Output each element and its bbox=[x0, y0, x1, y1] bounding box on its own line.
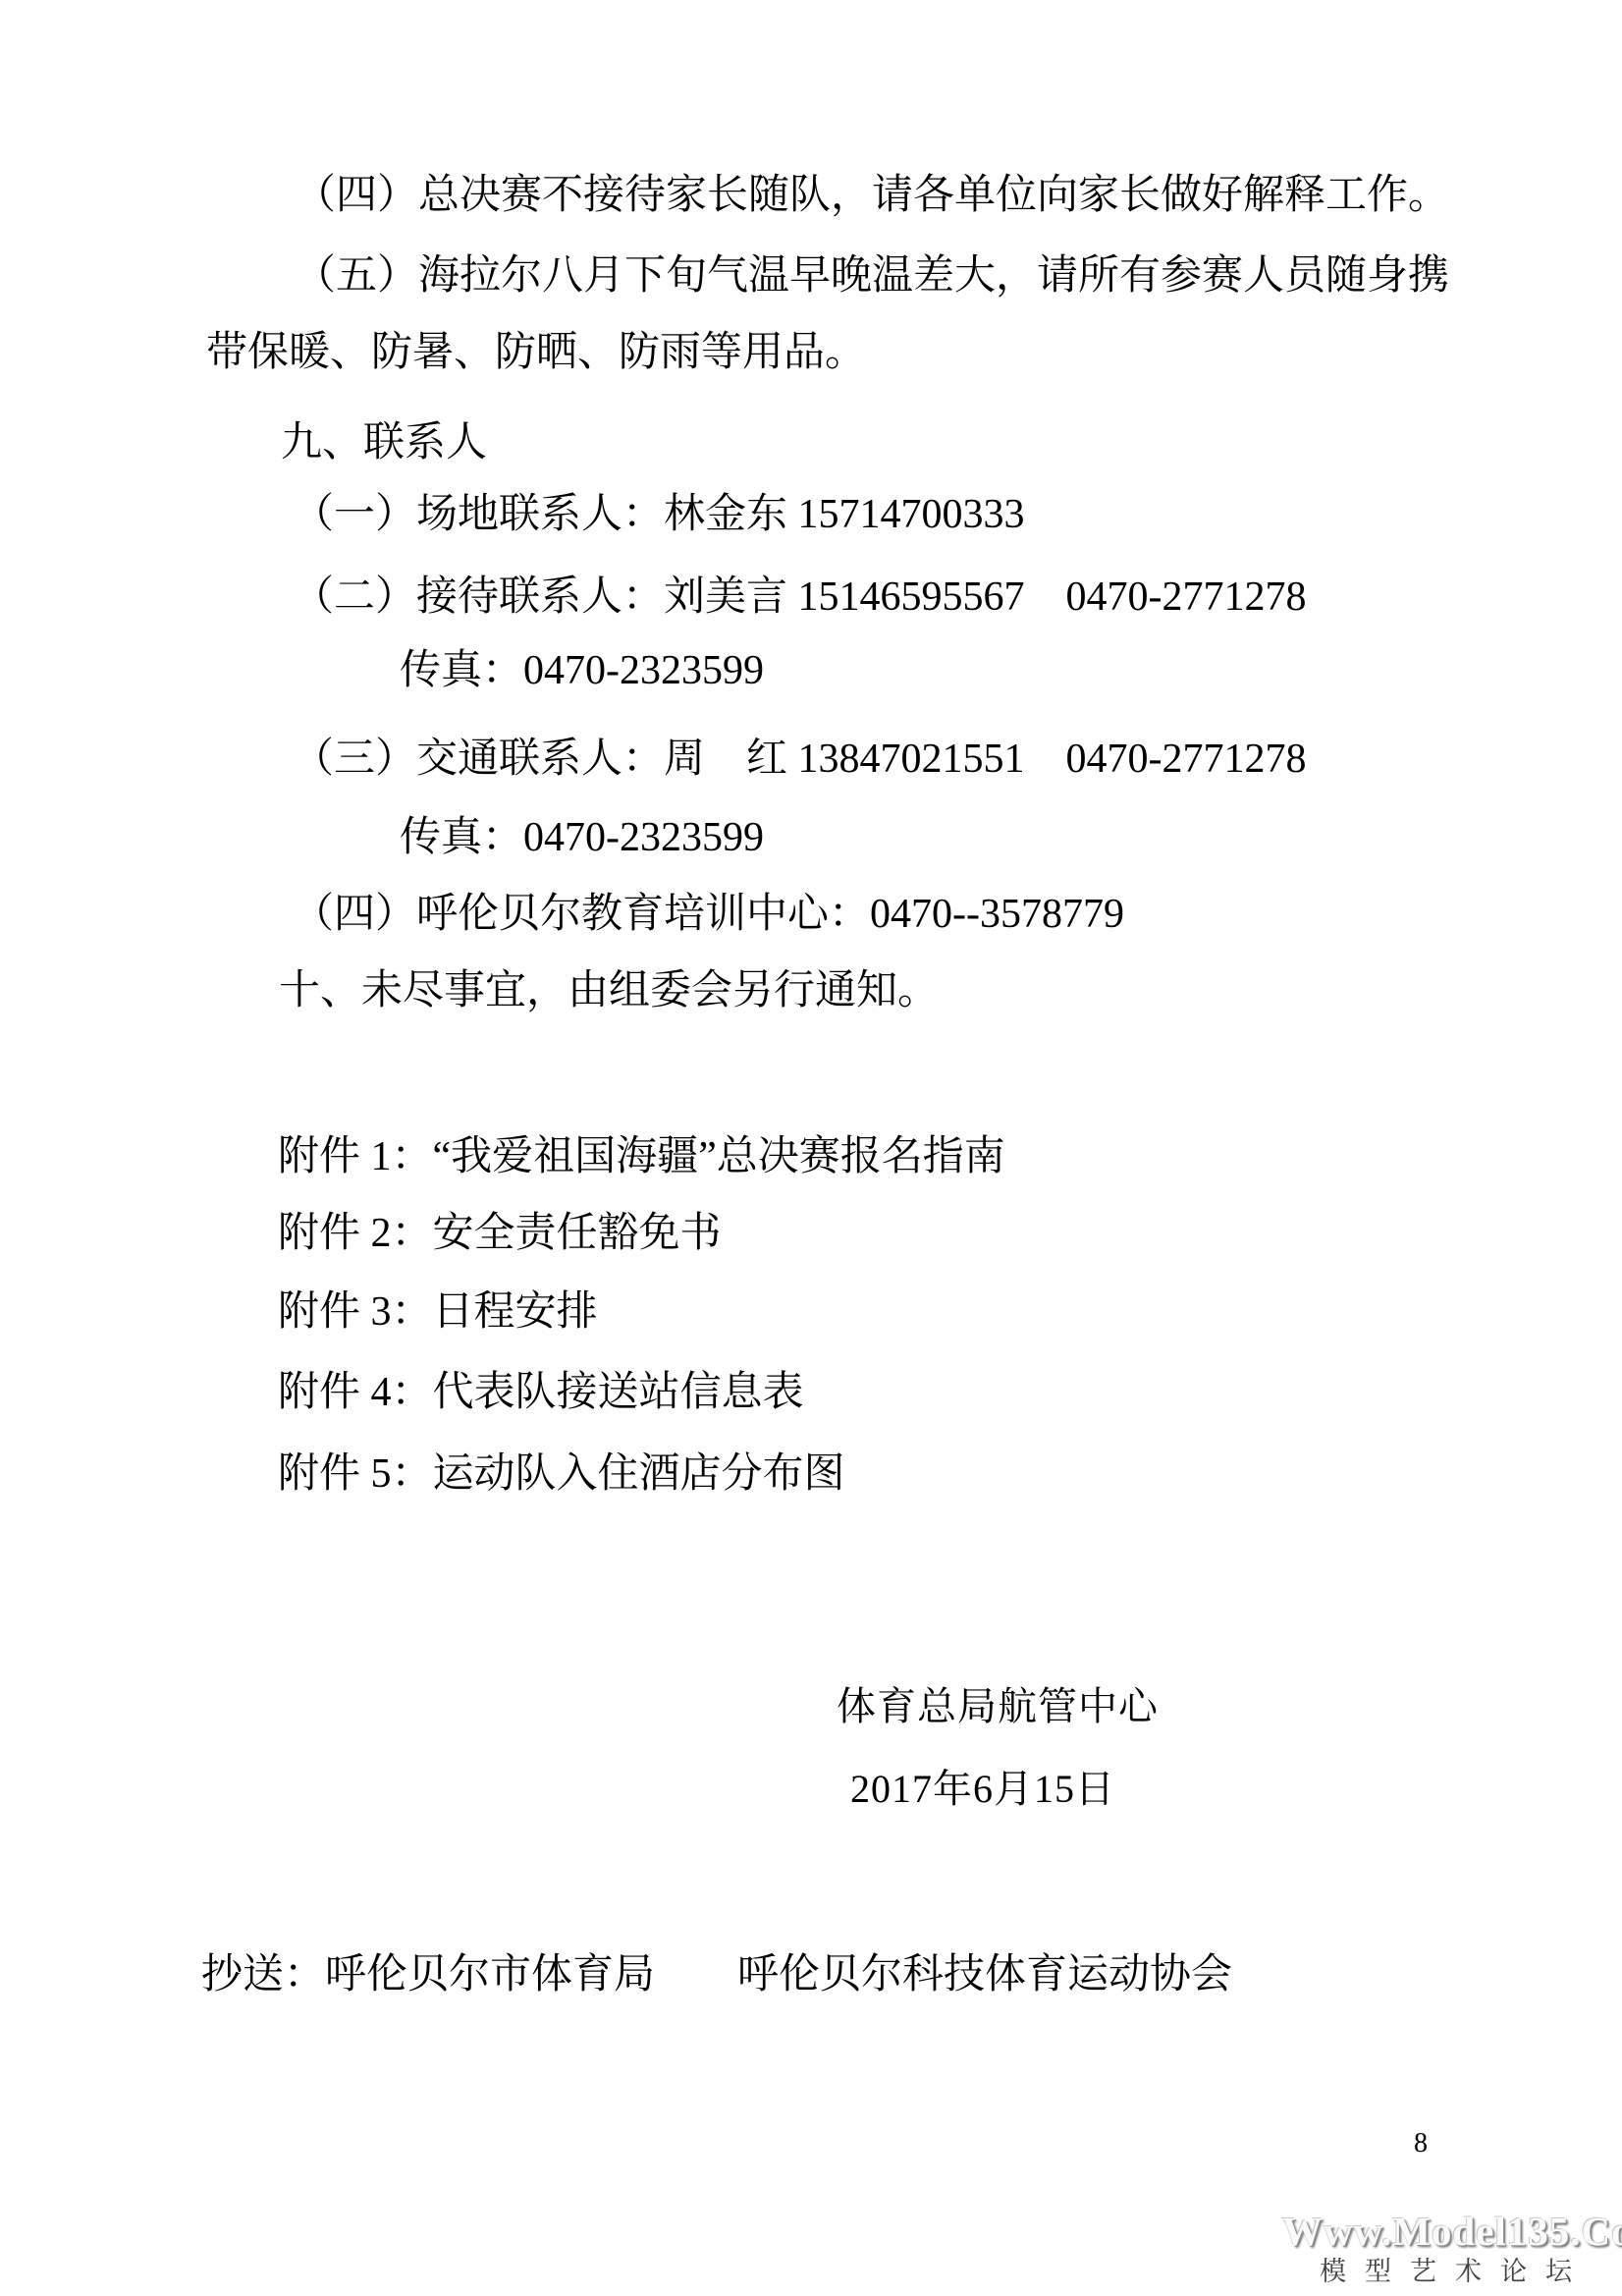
watermark-forum-name: 模型艺术论坛 bbox=[1320, 2250, 1591, 2288]
attachment-3: 附件 3：日程安排 bbox=[278, 1287, 598, 1337]
contact-transport: （三）交通联系人：周 红 13847021551 0470-2771278 bbox=[293, 735, 1307, 784]
contact-transport-fax: 传真：0470-2323599 bbox=[400, 813, 764, 862]
paragraph-note-wu-cont: 带保暖、防暑、防晒、防雨等用品。 bbox=[206, 328, 866, 377]
attachment-1: 附件 1：“我爱祖国海疆”总决赛报名指南 bbox=[278, 1132, 1005, 1181]
attachment-4: 附件 4：代表队接送站信息表 bbox=[278, 1368, 804, 1417]
section-closing: 十、未尽事宜，由组委会另行通知。 bbox=[279, 966, 939, 1015]
signature-date: 2017年6月15日 bbox=[850, 1766, 1115, 1813]
contact-reception-fax: 传真：0470-2323599 bbox=[400, 646, 764, 695]
page-number: 8 bbox=[1414, 2127, 1428, 2160]
watermark-site-url: Www.Model135.Com bbox=[1282, 2208, 1622, 2255]
document-page: （四）总决赛不接待家长随队，请各单位向家长做好解释工作。 （五）海拉尔八月下旬气… bbox=[0, 0, 1622, 2296]
attachment-2: 附件 2：安全责任豁免书 bbox=[278, 1209, 722, 1258]
contact-training-center: （四）呼伦贝尔教育培训中心：0470--3578779 bbox=[293, 890, 1124, 939]
signature-organization: 体育总局航管中心 bbox=[837, 1683, 1159, 1730]
cc-line: 抄送：呼伦贝尔市体育局 呼伦贝尔科技体育运动协会 bbox=[201, 1950, 1232, 1999]
section-heading-contacts: 九、联系人 bbox=[281, 418, 487, 467]
contact-venue: （一）场地联系人：林金东 15714700333 bbox=[293, 490, 1025, 539]
contact-reception: （二）接待联系人：刘美言 15146595567 0470-2771278 bbox=[293, 573, 1307, 622]
attachment-5: 附件 5：运动队入住酒店分布图 bbox=[278, 1449, 845, 1499]
paragraph-note-wu: （五）海拉尔八月下旬气温早晚温差大，请所有参赛人员随身携 bbox=[295, 251, 1449, 301]
paragraph-note-si: （四）总决赛不接待家长随队，请各单位向家长做好解释工作。 bbox=[295, 171, 1449, 220]
